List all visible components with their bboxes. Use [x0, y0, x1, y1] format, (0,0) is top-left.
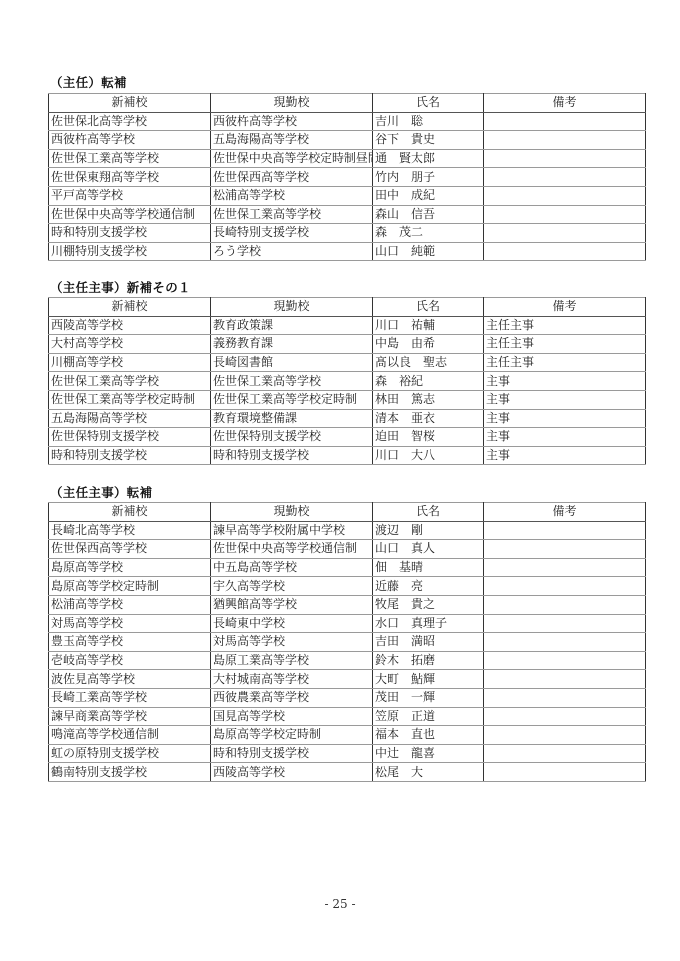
column-header-new-school: 新補校 [49, 503, 211, 522]
new-school-cell: 鳴滝高等学校通信制 [49, 726, 211, 745]
table-row: 五島海陽高等学校 教育環境整備課 清本 亜衣 主事 [49, 409, 646, 428]
name-cell: 中島 由希 [373, 335, 484, 354]
table-row: 波佐見高等学校 大村城南高等学校 大町 鮎輝 [49, 670, 646, 689]
senior-staff-transfer-table: 新補校 現勤校 氏名 備考 長崎北高等学校 諫早高等学校附属中学校 渡辺 剛 佐… [48, 502, 646, 782]
section-title-senior-staff-new-appointment: （主任主事）新補その１ [50, 281, 191, 295]
new-school-cell: 諫早商業高等学校 [49, 707, 211, 726]
name-cell: 佃 基晴 [373, 558, 484, 577]
remarks-cell: 主事 [484, 390, 646, 409]
senior-staff-new-appointment-table: 新補校 現勤校 氏名 備考 西陵高等学校 教育政策課 川口 祐輔 主任主事 大村… [48, 297, 646, 465]
table-row: 佐世保北高等学校 西彼杵高等学校 吉川 聡 [49, 112, 646, 131]
new-school-cell: 島原高等学校定時制 [49, 577, 211, 596]
remarks-cell: 主任主事 [484, 353, 646, 372]
remarks-cell [484, 186, 646, 205]
new-school-cell: 豊玉高等学校 [49, 633, 211, 652]
current-school-cell: 時和特別支援学校 [211, 446, 373, 465]
current-school-cell: 島原高等学校定時制 [211, 726, 373, 745]
table-row: 島原高等学校定時制 宇久高等学校 近藤 亮 [49, 577, 646, 596]
remarks-cell [484, 112, 646, 131]
table-row: 佐世保工業高等学校定時制 佐世保工業高等学校定時制 林田 篤志 主事 [49, 390, 646, 409]
remarks-cell: 主事 [484, 428, 646, 447]
table-row: 川棚特別支援学校 ろう学校 山口 純範 [49, 242, 646, 261]
table-header-row: 新補校 現勤校 氏名 備考 [49, 298, 646, 317]
remarks-cell [484, 744, 646, 763]
remarks-cell [484, 633, 646, 652]
section-title-senior-staff-transfer: （主任主事）転補 [50, 486, 152, 500]
current-school-cell: 大村城南高等学校 [211, 670, 373, 689]
table-row: 時和特別支援学校 時和特別支援学校 川口 大八 主事 [49, 446, 646, 465]
new-school-cell: 時和特別支援学校 [49, 446, 211, 465]
remarks-cell: 主任主事 [484, 335, 646, 354]
new-school-cell: 佐世保西高等学校 [49, 540, 211, 559]
name-cell: 福本 直也 [373, 726, 484, 745]
remarks-cell [484, 670, 646, 689]
remarks-cell: 主事 [484, 409, 646, 428]
name-cell: 吉川 聡 [373, 112, 484, 131]
name-cell: 山口 純範 [373, 242, 484, 261]
column-header-new-school: 新補校 [49, 94, 211, 113]
new-school-cell: 佐世保工業高等学校 [49, 149, 211, 168]
table-row: 鶴南特別支援学校 西陵高等学校 松尾 大 [49, 763, 646, 782]
table-row: 壱岐高等学校 島原工業高等学校 鈴木 拓磨 [49, 651, 646, 670]
new-school-cell: 平戸高等学校 [49, 186, 211, 205]
table-row: 豊玉高等学校 対馬高等学校 吉田 満昭 [49, 633, 646, 652]
current-school-cell: 義務教育課 [211, 335, 373, 354]
name-cell: 近藤 亮 [373, 577, 484, 596]
new-school-cell: 川棚高等学校 [49, 353, 211, 372]
current-school-cell: 長崎図書館 [211, 353, 373, 372]
table-row: 時和特別支援学校 長崎特別支援学校 森 茂二 [49, 224, 646, 243]
new-school-cell: 対馬高等学校 [49, 614, 211, 633]
name-cell: 迫田 智桜 [373, 428, 484, 447]
current-school-cell: 佐世保工業高等学校定時制 [211, 390, 373, 409]
current-school-cell: 長崎東中学校 [211, 614, 373, 633]
remarks-cell [484, 577, 646, 596]
remarks-cell [484, 242, 646, 261]
new-school-cell: 長崎工業高等学校 [49, 688, 211, 707]
name-cell: 水口 真理子 [373, 614, 484, 633]
name-cell: 通 賢太郎 [373, 149, 484, 168]
column-header-current-school: 現勤校 [211, 503, 373, 522]
column-header-current-school: 現勤校 [211, 298, 373, 317]
current-school-cell: 佐世保中央高等学校定時制昼間部 [211, 149, 373, 168]
table-row: 長崎工業高等学校 西彼農業高等学校 茂田 一輝 [49, 688, 646, 707]
name-cell: 川口 大八 [373, 446, 484, 465]
remarks-cell [484, 131, 646, 150]
new-school-cell: 時和特別支援学校 [49, 224, 211, 243]
remarks-cell [484, 149, 646, 168]
remarks-cell [484, 521, 646, 540]
new-school-cell: 虹の原特別支援学校 [49, 744, 211, 763]
current-school-cell: 宇久高等学校 [211, 577, 373, 596]
new-school-cell: 大村高等学校 [49, 335, 211, 354]
remarks-cell [484, 558, 646, 577]
current-school-cell: 猶興館高等学校 [211, 595, 373, 614]
current-school-cell: 国見高等学校 [211, 707, 373, 726]
current-school-cell: 諫早高等学校附属中学校 [211, 521, 373, 540]
table-row: 諫早商業高等学校 国見高等学校 笠原 正道 [49, 707, 646, 726]
new-school-cell: 佐世保東翔高等学校 [49, 168, 211, 187]
name-cell: 髙以良 聖志 [373, 353, 484, 372]
name-cell: 谷下 貴史 [373, 131, 484, 150]
remarks-cell [484, 205, 646, 224]
table-row: 平戸高等学校 松浦高等学校 田中 成紀 [49, 186, 646, 205]
column-header-remarks: 備考 [484, 503, 646, 522]
new-school-cell: 五島海陽高等学校 [49, 409, 211, 428]
name-cell: 田中 成紀 [373, 186, 484, 205]
new-school-cell: 佐世保中央高等学校通信制 [49, 205, 211, 224]
remarks-cell [484, 651, 646, 670]
new-school-cell: 佐世保工業高等学校 [49, 372, 211, 391]
table-row: 鳴滝高等学校通信制 島原高等学校定時制 福本 直也 [49, 726, 646, 745]
page-number: - 25 - [0, 897, 680, 911]
new-school-cell: 西彼杵高等学校 [49, 131, 211, 150]
current-school-cell: 佐世保工業高等学校 [211, 372, 373, 391]
new-school-cell: 佐世保北高等学校 [49, 112, 211, 131]
current-school-cell: 島原工業高等学校 [211, 651, 373, 670]
remarks-cell [484, 540, 646, 559]
remarks-cell [484, 614, 646, 633]
remarks-cell [484, 726, 646, 745]
name-cell: 大町 鮎輝 [373, 670, 484, 689]
name-cell: 中辻 龍喜 [373, 744, 484, 763]
current-school-cell: 佐世保西高等学校 [211, 168, 373, 187]
remarks-cell: 主事 [484, 446, 646, 465]
current-school-cell: 佐世保特別支援学校 [211, 428, 373, 447]
table-header-row: 新補校 現勤校 氏名 備考 [49, 94, 646, 113]
table-row: 島原高等学校 中五島高等学校 佃 基晴 [49, 558, 646, 577]
table-row: 佐世保西高等学校 佐世保中央高等学校通信制 山口 真人 [49, 540, 646, 559]
remarks-cell: 主任主事 [484, 316, 646, 335]
table-row: 佐世保東翔高等学校 佐世保西高等学校 竹内 朋子 [49, 168, 646, 187]
name-cell: 森山 信吾 [373, 205, 484, 224]
current-school-cell: 対馬高等学校 [211, 633, 373, 652]
current-school-cell: 教育環境整備課 [211, 409, 373, 428]
new-school-cell: 壱岐高等学校 [49, 651, 211, 670]
table-row: 西彼杵高等学校 五島海陽高等学校 谷下 貴史 [49, 131, 646, 150]
table-row: 佐世保工業高等学校 佐世保工業高等学校 森 裕紀 主事 [49, 372, 646, 391]
table-header-row: 新補校 現勤校 氏名 備考 [49, 503, 646, 522]
current-school-cell: ろう学校 [211, 242, 373, 261]
name-cell: 渡辺 剛 [373, 521, 484, 540]
column-header-name: 氏名 [373, 503, 484, 522]
column-header-remarks: 備考 [484, 94, 646, 113]
name-cell: 鈴木 拓磨 [373, 651, 484, 670]
remarks-cell [484, 595, 646, 614]
name-cell: 松尾 大 [373, 763, 484, 782]
table-row: 西陵高等学校 教育政策課 川口 祐輔 主任主事 [49, 316, 646, 335]
chief-transfer-table: 新補校 現勤校 氏名 備考 佐世保北高等学校 西彼杵高等学校 吉川 聡 西彼杵高… [48, 93, 646, 261]
table-row: 松浦高等学校 猶興館高等学校 牧尾 貴之 [49, 595, 646, 614]
table-row: 佐世保特別支援学校 佐世保特別支援学校 迫田 智桜 主事 [49, 428, 646, 447]
current-school-cell: 西彼杵高等学校 [211, 112, 373, 131]
remarks-cell [484, 763, 646, 782]
column-header-name: 氏名 [373, 94, 484, 113]
name-cell: 川口 祐輔 [373, 316, 484, 335]
remarks-cell [484, 168, 646, 187]
new-school-cell: 鶴南特別支援学校 [49, 763, 211, 782]
current-school-cell: 長崎特別支援学校 [211, 224, 373, 243]
remarks-cell [484, 688, 646, 707]
new-school-cell: 川棚特別支援学校 [49, 242, 211, 261]
new-school-cell: 長崎北高等学校 [49, 521, 211, 540]
name-cell: 茂田 一輝 [373, 688, 484, 707]
new-school-cell: 波佐見高等学校 [49, 670, 211, 689]
current-school-cell: 西彼農業高等学校 [211, 688, 373, 707]
new-school-cell: 西陵高等学校 [49, 316, 211, 335]
remarks-cell [484, 224, 646, 243]
new-school-cell: 佐世保工業高等学校定時制 [49, 390, 211, 409]
column-header-remarks: 備考 [484, 298, 646, 317]
current-school-cell: 佐世保中央高等学校通信制 [211, 540, 373, 559]
current-school-cell: 中五島高等学校 [211, 558, 373, 577]
name-cell: 吉田 満昭 [373, 633, 484, 652]
table-row: 川棚高等学校 長崎図書館 髙以良 聖志 主任主事 [49, 353, 646, 372]
table-row: 長崎北高等学校 諫早高等学校附属中学校 渡辺 剛 [49, 521, 646, 540]
current-school-cell: 松浦高等学校 [211, 186, 373, 205]
column-header-new-school: 新補校 [49, 298, 211, 317]
name-cell: 牧尾 貴之 [373, 595, 484, 614]
table-row: 佐世保工業高等学校 佐世保中央高等学校定時制昼間部 通 賢太郎 [49, 149, 646, 168]
column-header-name: 氏名 [373, 298, 484, 317]
current-school-cell: 五島海陽高等学校 [211, 131, 373, 150]
remarks-cell [484, 707, 646, 726]
current-school-cell: 西陵高等学校 [211, 763, 373, 782]
table-row: 大村高等学校 義務教育課 中島 由希 主任主事 [49, 335, 646, 354]
column-header-current-school: 現勤校 [211, 94, 373, 113]
new-school-cell: 島原高等学校 [49, 558, 211, 577]
name-cell: 笠原 正道 [373, 707, 484, 726]
new-school-cell: 松浦高等学校 [49, 595, 211, 614]
section-title-chief-transfer: （主任）転補 [50, 76, 127, 90]
name-cell: 森 裕紀 [373, 372, 484, 391]
table-row: 対馬高等学校 長崎東中学校 水口 真理子 [49, 614, 646, 633]
name-cell: 林田 篤志 [373, 390, 484, 409]
remarks-cell: 主事 [484, 372, 646, 391]
new-school-cell: 佐世保特別支援学校 [49, 428, 211, 447]
current-school-cell: 教育政策課 [211, 316, 373, 335]
table-row: 虹の原特別支援学校 時和特別支援学校 中辻 龍喜 [49, 744, 646, 763]
table-row: 佐世保中央高等学校通信制 佐世保工業高等学校 森山 信吾 [49, 205, 646, 224]
name-cell: 清本 亜衣 [373, 409, 484, 428]
name-cell: 竹内 朋子 [373, 168, 484, 187]
name-cell: 山口 真人 [373, 540, 484, 559]
name-cell: 森 茂二 [373, 224, 484, 243]
current-school-cell: 時和特別支援学校 [211, 744, 373, 763]
current-school-cell: 佐世保工業高等学校 [211, 205, 373, 224]
